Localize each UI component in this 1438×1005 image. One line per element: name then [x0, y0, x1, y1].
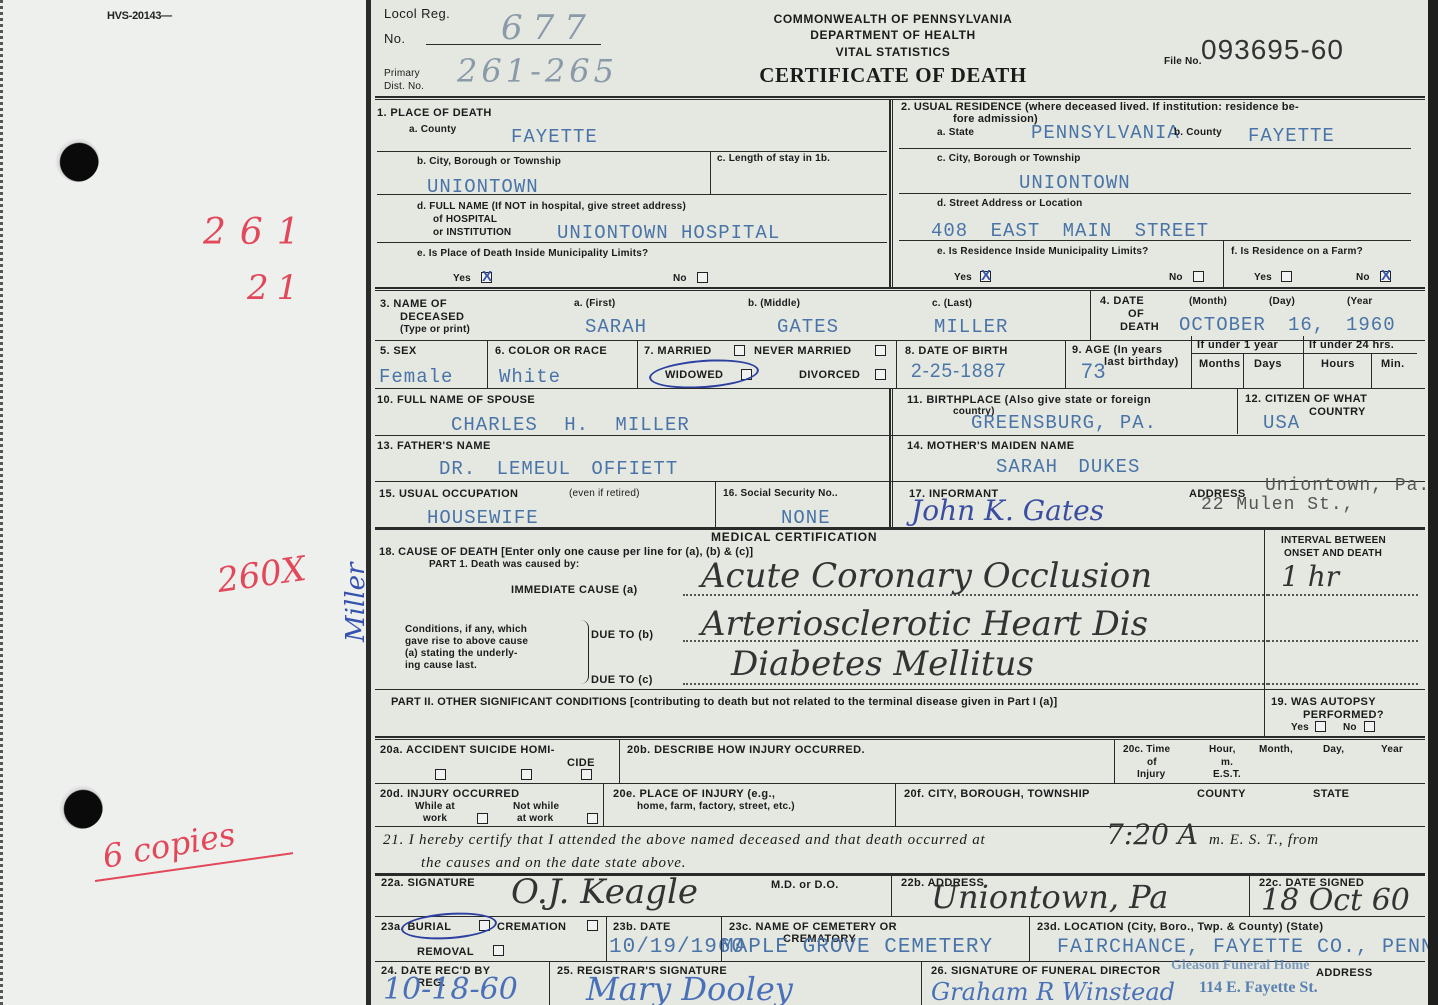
medical-cert-heading: MEDICAL CERTIFICATION	[711, 531, 877, 543]
header-commonwealth: COMMONWEALTH OF PENNSYLVANIA	[693, 12, 1093, 26]
married-label: 7. MARRIED	[644, 345, 712, 357]
form-code: HVS-20143—	[107, 10, 172, 22]
due-to-c-label: DUE TO (c)	[591, 674, 653, 686]
conditions-label: Conditions, if any, which	[405, 624, 527, 636]
dod-month: OCTOBER	[1179, 314, 1266, 336]
deceased-label-3: (Type or print)	[400, 324, 470, 336]
describe-injury-label: 20b. DESCRIBE HOW INJURY OCCURRED.	[627, 744, 865, 756]
removal-checkbox[interactable]	[493, 945, 504, 956]
street-label: d. Street Address or Location	[937, 198, 1082, 210]
col-line	[1114, 740, 1115, 783]
hospital-label-3: or INSTITUTION	[433, 227, 511, 239]
conditions-label-2: gave rise to above cause	[405, 636, 528, 648]
col-line	[895, 783, 896, 827]
while-work-label-2: work	[423, 813, 447, 825]
col-line	[1237, 388, 1238, 434]
conditions-label-4: ing cause last.	[405, 660, 477, 672]
section-line	[375, 736, 1425, 740]
col-line	[891, 874, 892, 916]
certify-text-3: the causes and on the date state above.	[421, 855, 686, 872]
death-inside-limits-yes-checkbox[interactable]	[481, 272, 492, 283]
min-label: Min.	[1381, 358, 1405, 370]
spouse-label: 10. FULL NAME OF SPOUSE	[377, 394, 535, 406]
col-line	[1223, 240, 1224, 287]
place-of-injury-label: 20e. PLACE OF INJURY (e.g.,	[613, 788, 775, 800]
never-married-label: NEVER MARRIED	[754, 345, 852, 357]
time-injury-label: 20c. Time	[1123, 744, 1170, 756]
row-line	[377, 151, 887, 152]
place-of-death-label: 1. PLACE OF DEATH	[377, 107, 492, 119]
widowed-circle	[648, 356, 760, 392]
birthplace-label: 11. BIRTHPLACE (Also give state or forei…	[907, 394, 1151, 406]
injury-city-label: 20f. CITY, BOROUGH, TOWNSHIP	[904, 788, 1090, 800]
occupation-label: 15. USUAL OCCUPATION	[379, 488, 518, 500]
row-line	[375, 783, 1425, 784]
informant-address-1: Uniontown, Pa.	[1265, 476, 1430, 496]
day-label: Day,	[1323, 744, 1344, 756]
burial-circle	[400, 910, 498, 943]
death-time: 7:20 A	[1106, 818, 1198, 851]
scan-edge	[1428, 0, 1438, 1005]
spouse-name: CHARLES H. MILLER	[451, 414, 690, 436]
married-checkbox[interactable]	[734, 345, 745, 356]
interval-label: INTERVAL BETWEEN	[1281, 535, 1386, 547]
yes-label: Yes	[453, 273, 471, 285]
dotted-line	[1268, 594, 1418, 596]
race-label: 6. COLOR OR RACE	[495, 345, 607, 357]
day-label: (Day)	[1269, 296, 1295, 308]
row-line	[899, 148, 1411, 149]
inside-limits-label: e. Is Place of Death Inside Municipality…	[417, 248, 648, 260]
dod-label: 4. DATE	[1100, 295, 1144, 307]
col-line	[637, 340, 638, 388]
col-line	[1264, 530, 1265, 738]
header-vital-stats: VITAL STATISTICS	[693, 45, 1093, 59]
ssn: NONE	[781, 507, 831, 529]
cremation-checkbox[interactable]	[587, 920, 598, 931]
col-line	[1303, 336, 1304, 388]
punch-hole-icon	[59, 785, 103, 829]
not-work-label: Not while	[513, 801, 559, 813]
dod-day: 16,	[1288, 314, 1325, 336]
never-married-checkbox[interactable]	[875, 345, 886, 356]
col-line	[487, 340, 488, 388]
immediate-cause-label: IMMEDIATE CAUSE (a)	[511, 584, 638, 596]
due-to-b-label: DUE TO (b)	[591, 629, 653, 641]
dod-year: 1960	[1346, 314, 1396, 336]
row-line	[375, 388, 1425, 389]
citizen-country: USA	[1263, 412, 1300, 434]
disposition-date-label: 23b. DATE	[613, 921, 671, 933]
section-divider	[889, 100, 893, 287]
first-name-label: a. (First)	[574, 298, 615, 310]
col-line	[921, 961, 922, 1005]
hours-label: Hours	[1321, 358, 1355, 370]
suicide-checkbox[interactable]	[521, 769, 532, 780]
col-line	[1065, 340, 1066, 388]
col-line	[603, 783, 604, 827]
no-label: No.	[384, 33, 405, 45]
immediate-cause: Acute Coronary Occlusion	[701, 556, 1152, 596]
certificate-title: CERTIFICATE OF DEATH	[693, 63, 1093, 88]
no-label: No	[673, 273, 687, 285]
mother-name: SARAH DUKES	[996, 456, 1140, 478]
injury-county-label: COUNTY	[1197, 788, 1246, 800]
ssn-label: 16. Social Security No..	[723, 488, 838, 500]
autopsy-no-checkbox[interactable]	[1364, 721, 1375, 732]
autopsy-yes-checkbox[interactable]	[1315, 721, 1326, 732]
hour-label: Hour,	[1209, 744, 1236, 756]
col-line	[1029, 916, 1030, 961]
residence-county: FAYETTE	[1248, 125, 1335, 147]
row-line	[375, 916, 1425, 917]
due-to-b: Arteriosclerotic Heart Dis	[701, 604, 1148, 644]
race: White	[499, 366, 561, 388]
file-no: 093695-60	[1201, 34, 1344, 66]
file-no-label: File No.	[1164, 56, 1202, 68]
injury-type-label-2: CIDE	[567, 757, 595, 769]
homicide-checkbox[interactable]	[581, 769, 592, 780]
col-line	[715, 481, 716, 528]
hospital-label-2: of HOSPITAL	[433, 214, 497, 226]
city-label: b. City, Borough or Township	[417, 156, 561, 168]
col-line	[549, 961, 550, 1005]
disposition-location: FAIRCHANCE, FAYETTE CO., PENNA.	[1057, 936, 1438, 959]
deceased-label: 3. NAME OF	[380, 298, 447, 310]
divorced-checkbox[interactable]	[875, 369, 886, 380]
stay-label: c. Length of stay in 1b.	[717, 153, 830, 165]
dob: 2-25-1887	[911, 361, 1007, 383]
first-name: SARAH	[585, 316, 647, 338]
red-annotation-21: 21	[247, 268, 306, 308]
row-line	[899, 240, 1411, 241]
place-of-injury-label-2: home, farm, factory, street, etc.)	[637, 801, 795, 813]
residence-label-2: fore admission)	[953, 113, 1038, 125]
row-line	[1191, 353, 1417, 354]
row-line	[375, 435, 1425, 436]
dist-no-label: Dist. No.	[384, 81, 424, 93]
death-certificate: Locol Reg. No. 677 Primary Dist. No. 261…	[367, 0, 1428, 1005]
funeral-address-label: ADDRESS	[1316, 967, 1373, 979]
birthplace: GREENSBURG, PA.	[971, 412, 1157, 434]
col-line	[1371, 353, 1372, 388]
conditions-label-3: (a) stating the underly-	[405, 648, 518, 660]
while-at-work-checkbox[interactable]	[477, 813, 488, 824]
citizen-label: 12. CITIZEN OF WHAT	[1245, 393, 1367, 405]
hospital-label: d. FULL NAME (If NOT in hospital, give s…	[417, 201, 686, 213]
father-name: DR. LEMEUL OFFIETT	[439, 458, 678, 480]
no-label: No	[1343, 722, 1357, 734]
yes-label: Yes	[1291, 722, 1309, 734]
date-signed: 18 Oct 60	[1261, 883, 1410, 918]
residence-label: 2. USUAL RESIDENCE (where deceased lived…	[901, 101, 1299, 113]
bracket	[581, 620, 589, 684]
father-label: 13. FATHER'S NAME	[377, 440, 491, 452]
days-label: Days	[1254, 358, 1282, 370]
red-annotation-copies: 6 copies	[100, 815, 238, 876]
citizen-label-2: COUNTRY	[1309, 406, 1366, 418]
not-at-work-checkbox[interactable]	[587, 813, 598, 824]
funeral-director-label: 26. SIGNATURE OF FUNERAL DIRECTOR	[931, 965, 1161, 977]
divorced-label: DIVORCED	[799, 369, 860, 381]
row-line	[899, 193, 1411, 194]
death-inside-limits-no-checkbox[interactable]	[697, 272, 708, 283]
informant-address-2: 22 Mulen St.,	[1201, 495, 1354, 515]
row-line	[375, 689, 1425, 690]
header-department: DEPARTMENT OF HEALTH	[693, 28, 1093, 42]
certify-text: 21. I hereby certify that I attended the…	[383, 832, 985, 849]
res-county-label: b. County	[1174, 127, 1222, 139]
col-line	[619, 740, 620, 783]
section-line	[375, 527, 1425, 530]
primary-dist-no: 261-265	[457, 52, 618, 90]
col-line	[1243, 353, 1244, 388]
age: 73	[1081, 360, 1106, 384]
dotted-line	[1268, 683, 1418, 685]
punch-hole-icon	[55, 138, 99, 182]
death-county: FAYETTE	[511, 126, 598, 148]
section-line	[375, 287, 1425, 291]
primary-label: Primary	[384, 68, 420, 80]
res-inside-limits-yes-checkbox[interactable]	[980, 271, 991, 282]
row-line	[375, 826, 1425, 827]
last-name-label: c. (Last)	[932, 298, 972, 310]
part1-label: PART 1. Death was caused by:	[429, 559, 579, 571]
m-label: m.	[1221, 757, 1233, 769]
under-24-label: If under 24 hrs.	[1309, 339, 1394, 351]
location-label: 23d. LOCATION (City, Boro., Twp. & Count…	[1037, 921, 1323, 933]
year-label: Year	[1381, 744, 1403, 756]
dod-label-2: OF	[1128, 308, 1144, 320]
col-line	[1249, 874, 1250, 916]
red-annotation-261: 261	[203, 212, 314, 253]
col-line	[1090, 291, 1091, 341]
injury-state-label: STATE	[1313, 788, 1349, 800]
signature-label: 22a. SIGNATURE	[381, 877, 475, 889]
yes-label: Yes	[954, 272, 972, 284]
col-line	[1191, 336, 1192, 388]
mother-label: 14. MOTHER'S MAIDEN NAME	[907, 440, 1074, 452]
certificate-stub: HVS-20143— 261 21 260X 6 copies Miller	[0, 0, 366, 1005]
cemetery-name: MAPLE GROVE CEMETERY	[721, 936, 993, 959]
state-label: a. State	[937, 127, 974, 139]
middle-name-label: b. (Middle)	[748, 298, 800, 310]
header-divider	[375, 96, 1425, 100]
residence-city: UNIONTOWN	[1019, 172, 1131, 194]
age-label-2: last birthday)	[1104, 356, 1179, 368]
residence-state: PENNSYLVANIA	[1031, 122, 1180, 144]
while-work-label: While at	[415, 801, 455, 813]
physician-address: Uniontown, Pa	[931, 878, 1168, 916]
year-label: (Year	[1347, 296, 1372, 308]
local-reg-no: 677	[501, 8, 596, 48]
accident-checkbox[interactable]	[435, 769, 446, 780]
farm-label: f. Is Residence on a Farm?	[1231, 246, 1363, 258]
dotted-line	[1268, 640, 1418, 642]
removal-label: REMOVAL	[417, 946, 474, 958]
section-divider	[889, 388, 893, 528]
res-inside-limits-label: e. Is Residence Inside Municipality Limi…	[937, 246, 1148, 258]
row-line	[377, 194, 887, 195]
sex: Female	[379, 366, 453, 388]
months-label: Months	[1199, 358, 1241, 370]
interval-a: 1 hr	[1281, 560, 1339, 593]
row-line	[377, 242, 887, 243]
est-label: E.S.T.	[1213, 769, 1241, 781]
sex-label: 5. SEX	[380, 345, 417, 357]
not-work-label-2: at work	[517, 813, 553, 825]
under-1yr-label: If under 1 year	[1197, 339, 1278, 351]
cremation-label: CREMATION	[497, 921, 566, 933]
col-line	[710, 151, 711, 194]
residence-street: 408 EAST MAIN STREET	[931, 220, 1209, 242]
dob-label: 8. DATE OF BIRTH	[905, 345, 1008, 357]
autopsy-label: 19. WAS AUTOPSY	[1271, 696, 1376, 708]
res-inside-limits-no-checkbox[interactable]	[1193, 271, 1204, 282]
time-injury-label-2: of	[1147, 757, 1157, 769]
col-line	[606, 916, 607, 961]
res-city-label: c. City, Borough or Township	[937, 153, 1081, 165]
hospital-name: UNIONTOWN HOSPITAL	[557, 222, 780, 244]
col-line	[896, 340, 897, 388]
deceased-label-2: DECEASED	[400, 311, 464, 323]
date-recd: 10-18-60	[383, 972, 518, 1005]
injury-occurred-label: 20d. INJURY OCCURRED	[380, 788, 519, 800]
interval-label-2: ONSET AND DEATH	[1284, 548, 1382, 560]
md-do-label: M.D. or D.O.	[771, 879, 839, 891]
occupation-sublabel: (even if retired)	[569, 488, 640, 500]
month-label: (Month)	[1189, 296, 1227, 308]
month-label: Month,	[1259, 744, 1293, 756]
due-to-c: Diabetes Mellitus	[731, 644, 1034, 684]
farm-no-checkbox[interactable]	[1380, 271, 1391, 282]
dod-label-3: DEATH	[1120, 321, 1159, 333]
time-injury-label-3: Injury	[1137, 769, 1165, 781]
injury-type-label: 20a. ACCIDENT SUICIDE HOMI-	[380, 744, 555, 756]
cemetery-label: 23c. NAME OF CEMETERY OR	[729, 921, 897, 933]
age-label: 9. AGE (In years	[1072, 344, 1162, 356]
funeral-home-address-stamp: 114 E. Fayette St.	[1199, 979, 1318, 997]
local-reg-label: Locol Reg.	[384, 8, 450, 20]
farm-yes-checkbox[interactable]	[1281, 271, 1292, 282]
part2-label: PART II. OTHER SIGNIFICANT CONDITIONS [c…	[391, 696, 1057, 708]
informant-signature: John K. Gates	[911, 494, 1104, 527]
middle-name: GATES	[777, 316, 839, 338]
funeral-home-stamp: Gleason Funeral Home	[1171, 958, 1309, 974]
occupation: HOUSEWIFE	[427, 507, 539, 529]
yes-label: Yes	[1254, 272, 1272, 284]
autopsy-label-2: PERFORMED?	[1303, 709, 1384, 721]
registrar-signature: Mary Dooley	[586, 970, 793, 1005]
certify-text-2: m. E. S. T., from	[1209, 832, 1319, 849]
county-label: a. County	[409, 124, 456, 136]
red-annotation-260x: 260X	[215, 549, 309, 601]
no-label: No	[1169, 272, 1183, 284]
last-name: MILLER	[934, 316, 1008, 338]
funeral-director-signature: Graham R Winstead	[931, 978, 1175, 1005]
cause-label: 18. CAUSE OF DEATH [Enter only one cause…	[379, 546, 753, 558]
physician-signature: O.J. Keagle	[511, 872, 698, 912]
no-label: No	[1356, 272, 1370, 284]
